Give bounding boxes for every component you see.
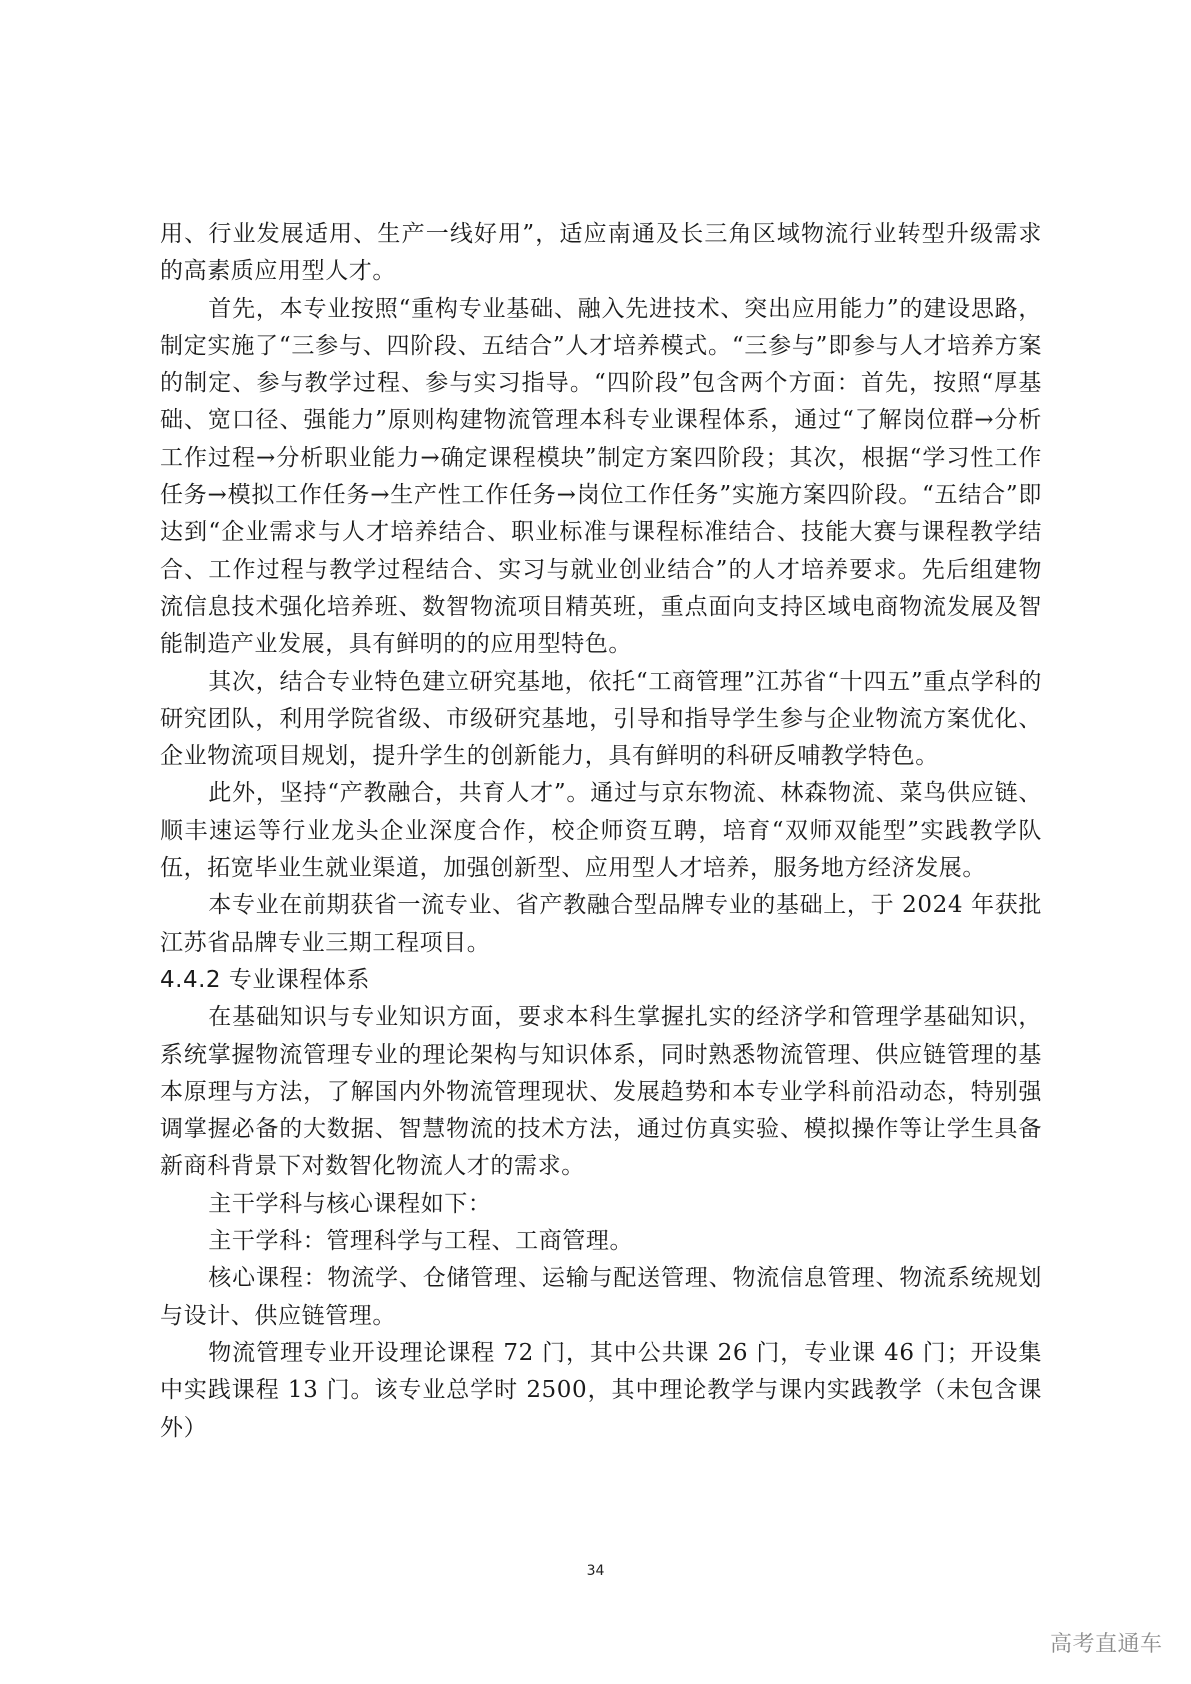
document-body: 用、行业发展适用、生产一线好用”，适应南通及长三角区域物流行业转型升级需求的高素… — [160, 216, 1042, 1447]
paragraph-4: 此外，坚持“产教融合，共育人才”。通过与京东物流、林森物流、菜鸟供应链、顺丰速运… — [160, 775, 1042, 887]
paragraph-1: 用、行业发展适用、生产一线好用”，适应南通及长三角区域物流行业转型升级需求的高素… — [160, 216, 1042, 291]
paragraph-10: 物流管理专业开设理论课程 72 门，其中公共课 26 门，专业课 46 门；开设… — [160, 1335, 1042, 1447]
paragraph-7: 主干学科与核心课程如下： — [160, 1186, 1042, 1223]
page-number: 34 — [0, 1563, 1191, 1579]
section-heading: 4.4.2 专业课程体系 — [160, 962, 1042, 999]
paragraph-5: 本专业在前期获省一流专业、省产教融合型品牌专业的基础上，于 2024 年获批江苏… — [160, 887, 1042, 962]
paragraph-3: 其次，结合专业特色建立研究基地，依托“工商管理”江苏省“十四五”重点学科的研究团… — [160, 664, 1042, 776]
paragraph-9: 核心课程：物流学、仓储管理、运输与配送管理、物流信息管理、物流系统规划与设计、供… — [160, 1260, 1042, 1335]
paragraph-8: 主干学科：管理科学与工程、工商管理。 — [160, 1223, 1042, 1260]
paragraph-6: 在基础知识与专业知识方面，要求本科生掌握扎实的经济学和管理学基础知识，系统掌握物… — [160, 999, 1042, 1185]
paragraph-2: 首先，本专业按照“重构专业基础、融入先进技术、突出应用能力”的建设思路，制定实施… — [160, 291, 1042, 664]
watermark: 高考直通车 — [1050, 1627, 1163, 1658]
